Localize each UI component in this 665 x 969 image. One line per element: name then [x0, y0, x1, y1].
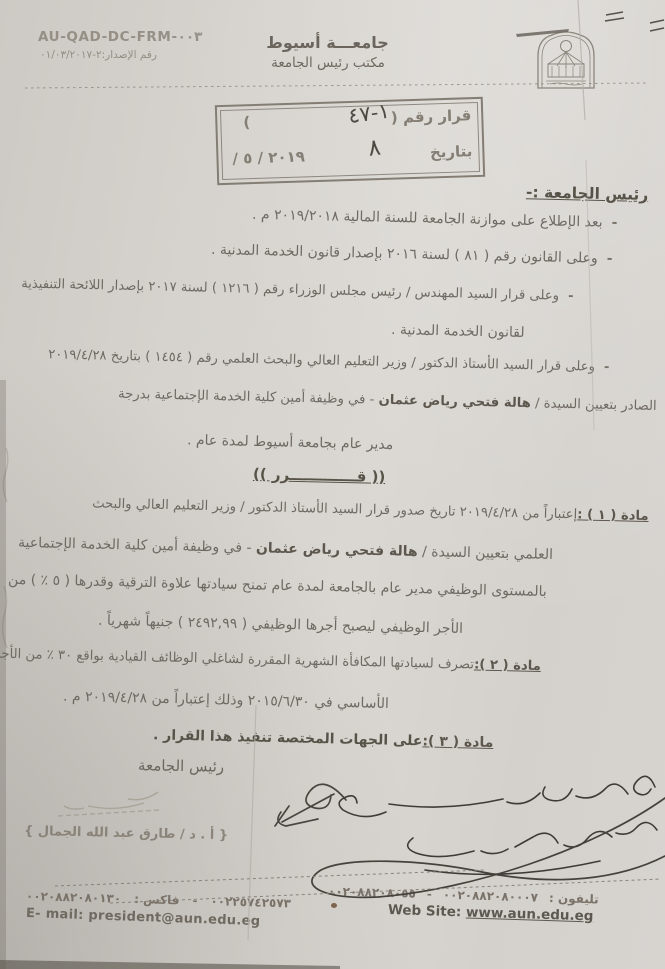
stamp-decree-label: قرار رقم (: [391, 106, 472, 127]
appointee-name: هالة فتحي رياض عثمان: [379, 393, 532, 411]
form-code: AU-QAD-DC-FRM-٠٠٣: [38, 29, 202, 45]
scanned-decree-page: AU-QAD-DC-FRM-٠٠٣ رقم الإصدار:٢-٠١/٠٣/٢٠…: [0, 0, 665, 969]
preamble-line: -وعلى القانون رقم ( ٨١ ) لسنة ٢٠١٦ بإصدا…: [211, 242, 613, 267]
article-3-text: على الجهات المختصة تنفيذ هذا القرار .: [153, 727, 423, 749]
signature-scrawl: [275, 784, 346, 826]
article-3-line: مادة ( ٣ ):​على الجهات المختصة تنفيذ هذا…: [153, 727, 494, 751]
staple-marks-icon: [605, 12, 664, 31]
article-3-label: مادة ( ٣ ):: [422, 733, 493, 751]
article-1-line-4: الأجر الوظيفي ليصبح أجرها الوظيفي ( ٢٤٩٢…: [98, 613, 463, 637]
phone-line: ٠٠٢٠٨٨٢٠٨٠٥٥ - ٠٠٢٠٨٨٢٠٨٠٠٠٧ : تليفون: [328, 884, 599, 906]
article-2-label: مادة ( ٢ ):: [474, 657, 541, 674]
preamble-text: وعلى قرار السيد المهندس / رئيس مجلس الوز…: [20, 276, 558, 303]
signatory-name: { أ . د / طارق عبد الله الجمال }: [24, 824, 228, 843]
website-label: Web Site:: [388, 902, 462, 920]
website-url: www.aun.edu.eg: [466, 904, 594, 924]
fax-label: : فاكس: [134, 892, 180, 907]
pen-flourish: [312, 798, 665, 897]
handwritten-note-line-2: [408, 822, 657, 874]
email-line: E- mail: president@aun.edu.eg: [26, 906, 261, 929]
dash-separator: -: [192, 894, 197, 908]
article-2-line-2: الأساسي في ٢٠١٥/٦/٣٠ وذلك إعتباراً من ٢٠…: [63, 689, 389, 712]
appointment-continuation: مدير عام بجامعة أسيوط لمدة عام .: [187, 432, 394, 453]
article-1-line-1: مادة ( ١ ) :​إعتباراً من ٢٠١٩/٤/٢٨ تاريخ…: [92, 496, 649, 524]
handwritten-note-line-1: [339, 776, 655, 816]
bullet-marker: -: [607, 251, 613, 267]
article-2-line-1: مادة ( ٢ ):​تصرف لسيادتها المكافأة الشهر…: [0, 647, 541, 674]
preamble-text: وعلى قرار السيد الأستاذ الدكتور / وزير ا…: [48, 347, 595, 374]
phone-number-2: ٠٠٢٠٨٨٢٠٨٠٥٥: [328, 884, 416, 901]
signature-title: رئيس الجامعة: [138, 756, 224, 776]
preamble-text: بعد الإطلاع على موازنة الجامعة للسنة الم…: [251, 207, 602, 231]
dash-separator: -: [427, 887, 432, 901]
appointment-pre: الصادر بتعيين السيدة /: [531, 396, 657, 414]
appointee-name: هالة فتحي رياض عثمان: [256, 540, 418, 560]
article-1-text: إعتباراً من ٢٠١٩/٤/٢٨ تاريخ صدور قرار ال…: [92, 496, 577, 522]
issue-number: رقم الإصدار:٢-٠١/٠٣/٢٠١٧: [40, 49, 157, 61]
preamble-line: -وعلى قرار السيد المهندس / رئيس مجلس الو…: [20, 276, 573, 304]
stamp-date-printed: ٢٠١٩ / ٥ /: [232, 147, 305, 167]
bullet-marker: -: [611, 215, 617, 231]
office-name: مكتب رئيس الجامعة: [248, 55, 408, 71]
article-2-text: تصرف لسيادتها المكافأة الشهرية المقررة ل…: [0, 647, 474, 673]
paper-speck: [331, 903, 337, 908]
handwritten-date-day: ٨: [366, 135, 381, 162]
bullet-marker: -: [603, 360, 609, 375]
bullet-marker: -: [567, 289, 573, 304]
article-1-pre: العلمي بتعيين السيدة /: [417, 544, 553, 563]
fax-number-2: ٠٠٢٢٥٧٤٢٥٧٣: [210, 894, 291, 910]
article-1-line-2: العلمي بتعيين السيدة / هالة فتحي رياض عث…: [18, 535, 553, 563]
article-1-post: - في وظيفة أمين كلية الخدمة الإجتماعية: [18, 535, 256, 556]
stamp-date-label: بتاريخ: [430, 142, 473, 161]
addressee-heading: رئيس الجامعة :-: [526, 183, 649, 204]
article-1-label: مادة ( ١ ) :: [577, 507, 649, 524]
stamp-decree-close-paren: ): [243, 113, 250, 131]
decision-word: (( قـــــــــــــرر )): [253, 465, 386, 486]
university-name: جامعـــة أسيوط: [250, 33, 405, 52]
fax-number-1: ٠٠٢٠٨٨٢٠٨٠١٣٠: [26, 889, 122, 906]
appointment-line: الصادر بتعيين السيدة / هالة فتحي رياض عث…: [118, 387, 657, 414]
phone-label: : تليفون: [549, 891, 599, 907]
university-emblem-icon: [533, 30, 599, 90]
decree-stamp-box: قرار رقم ( ١-٤٧ ) بتاريخ ٨ ٢٠١٩ / ٥ /: [215, 97, 485, 185]
article-1-line-3: بالمستوى الوظيفي مدير عام بالجامعة لمدة …: [8, 572, 547, 600]
faint-signature: [58, 792, 160, 816]
preamble-line: -وعلى قرار السيد الأستاذ الدكتور / وزير …: [48, 347, 610, 375]
appointment-post: - في وظيفة أمين كلية الخدمة الإجتماعية ب…: [118, 387, 379, 408]
scan-edge-shadow: [0, 380, 6, 969]
preamble-line: -بعد الإطلاع على موازنة الجامعة للسنة ال…: [251, 207, 617, 231]
phone-number-1: ٠٠٢٠٨٨٢٠٨٠٠٠٧: [443, 888, 539, 905]
margin-smudge: [3, 448, 8, 648]
preamble-continuation: لقانون الخدمة المدنية .: [391, 322, 525, 341]
scan-edge-shadow: [0, 960, 340, 969]
preamble-text: وعلى القانون رقم ( ٨١ ) لسنة ٢٠١٦ بإصدار…: [211, 242, 598, 267]
